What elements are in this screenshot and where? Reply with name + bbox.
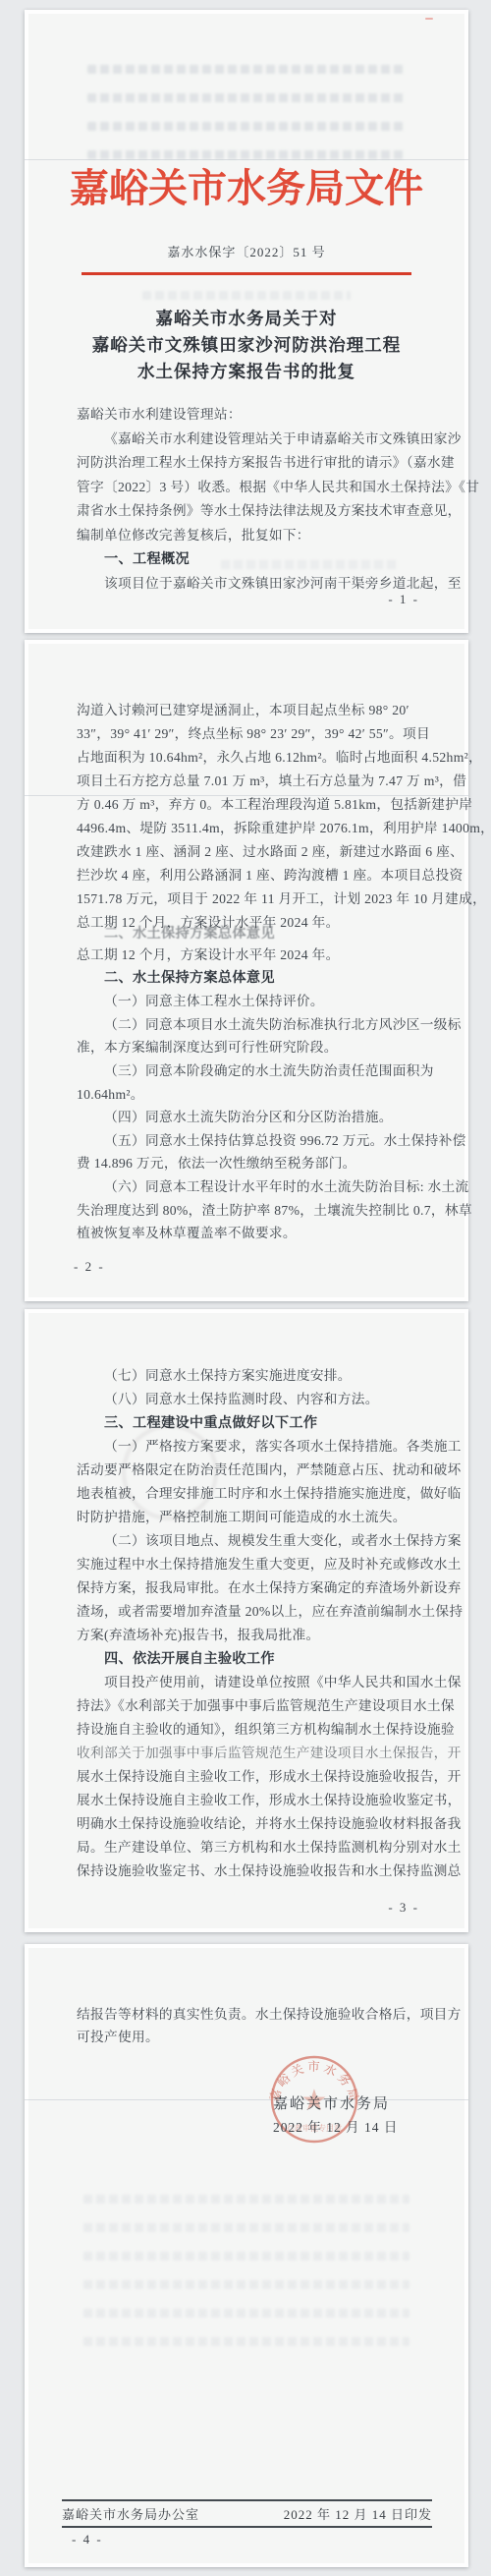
text-line: （五）同意水土保持估算总投资 996.72 万元。水土保持补偿 xyxy=(77,1129,443,1153)
text-line: 保持方案，报我局审批。在水土保持方案确定的弃渣场外新设弃 xyxy=(77,1576,443,1600)
text-line: 三、工程建设中重点做好以下工作 xyxy=(77,1411,443,1435)
text-line: 嘉峪关市水利建设管理站： xyxy=(77,403,443,428)
text-line: （一）严格按方案要求，落实各项水土保持措施。各类施工 xyxy=(77,1435,443,1459)
page-3: （七）同意水土保持方案实施进度安排。（八）同意水土保持监测时段、内容和方法。三、… xyxy=(25,1309,468,1932)
text-line: 展水土保持设施自主验收工作，形成水土保持设施验收鉴定书， xyxy=(77,1789,443,1812)
text-line: 可投产使用。 xyxy=(77,2026,443,2048)
text-line: （三）同意本阶段确定的水土流失防治责任范围面积为 xyxy=(77,1059,443,1083)
page-4: 结报告等材料的真实性负责。水土保持设施验收合格后，项目方可投产使用。 ★ 嘉峪关… xyxy=(25,1944,468,2567)
text-line: 一、工程概况 xyxy=(77,547,443,572)
document-title-line: 嘉峪关市文殊镇田家沙河防洪治理工程 xyxy=(25,332,468,359)
text-line: 方 0.46 万 m³，弃方 0。本工程治理段沟道 5.81km，包括新建护岸 xyxy=(77,793,443,817)
text-line: 结报告等材料的真实性负责。水土保持设施验收合格后，项目方 xyxy=(77,2003,443,2026)
text-line: 植被恢复率及林草覆盖率不做要求。 xyxy=(77,1222,443,1245)
signature-date: 2022 年 12 月 14 日 xyxy=(273,2116,398,2136)
text-line: （四）同意水土流失防治分区和分区防治措施。 xyxy=(77,1106,443,1129)
text-line: 《嘉峪关市水利建设管理站关于申请嘉峪关市文殊镇田家沙 xyxy=(77,428,443,452)
red-divider-rule xyxy=(82,272,411,275)
text-line: 二、水土保持方案总体意见 xyxy=(77,967,443,991)
footer-office: 嘉峪关市水务局办公室 xyxy=(62,2504,199,2523)
document-title-line: 水土保持方案报告书的批复 xyxy=(25,359,468,385)
text-line: 10.64hm²。 xyxy=(77,1083,443,1107)
text-line: 占地面积为 10.64hm²，永久占地 6.12hm²。临时占地面积 4.52h… xyxy=(77,746,443,770)
text-line: 活动要严格限定在防治责任范围内，严禁随意占压、扰动和破坏 xyxy=(77,1459,443,1482)
text-line: 准，本方案编制深度达到可行性研究阶段。 xyxy=(77,1036,443,1059)
text-line: 总工期 12 个月，方案设计水平年 2024 年。 xyxy=(77,944,443,967)
text-line: （二）该项目地点、规模发生重大变化，或者水土保持方案 xyxy=(77,1529,443,1553)
page-2-body-upper: 沟道入讨赖河已建穿堤涵洞止，本项目起点坐标 98° 20′33″，39° 41′… xyxy=(77,699,443,935)
text-line: （一）同意主体工程水土保持评价。 xyxy=(77,990,443,1013)
text-line: 33″，39° 41′ 29″，终点坐标 98° 23′ 29″，39° 42′… xyxy=(77,722,443,746)
page-1-body: 嘉峪关市水利建设管理站：《嘉峪关市水利建设管理站关于申请嘉峪关市文殊镇田家沙河防… xyxy=(77,403,443,596)
document-number: 嘉水水保字〔2022〕51 号 xyxy=(25,242,468,260)
text-line: 沟道入讨赖河已建穿堤涵洞止，本项目起点坐标 98° 20′ xyxy=(77,699,443,722)
text-line: 二、水土保持方案总体意见 xyxy=(77,922,443,939)
page-number: - 4 - xyxy=(72,2532,103,2547)
page-number: - 1 - xyxy=(388,592,419,607)
document-title: 嘉峪关市水务局关于对 嘉峪关市文殊镇田家沙河防洪治理工程 水土保持方案报告书的批… xyxy=(25,306,468,385)
page-3-body: （七）同意水土保持方案实施进度安排。（八）同意水土保持监测时段、内容和方法。三、… xyxy=(77,1364,443,1883)
text-line: 地表植被，合理安排施工时序和水土保持措施实施进度，做好临 xyxy=(77,1482,443,1506)
text-line: 局。生产建设单位、第三方机构和水土保持监测机构分别对水土 xyxy=(77,1836,443,1860)
footer-print-date: 2022 年 12 月 14 日印发 xyxy=(284,2504,432,2523)
text-line: 四、依法开展自主验收工作 xyxy=(77,1647,443,1671)
text-line: 展水土保持设施自主验收工作，形成水土保持设施验收报告，开 xyxy=(77,1765,443,1789)
text-line: （八）同意水土保持监测时段、内容和方法。 xyxy=(77,1388,443,1411)
text-line: 拦沙坎 4 座，利用公路涵洞 1 座、跨沟渡槽 1 座。本项目总投资 xyxy=(77,864,443,887)
bleedthrough-artifact xyxy=(83,2195,409,2366)
text-line: 持设施自主验收的通知》，组织第三方机构编制水土保持设施验 xyxy=(77,1718,443,1742)
text-line: （二）同意本项目水土流失防治标准执行北方风沙区一级标 xyxy=(77,1013,443,1037)
page-2: 沟道入讨赖河已建穿堤涵洞止，本项目起点坐标 98° 20′33″，39° 41′… xyxy=(25,640,468,1301)
fold-line xyxy=(25,2099,468,2100)
text-line: 渣场，或者需要增加弃渣量 20%以上，应在弃渣前编制水土保持 xyxy=(77,1600,443,1624)
page-2-body-lower: 总工期 12 个月，方案设计水平年 2024 年。二、水土保持方案总体意见（一）… xyxy=(77,944,443,1245)
document-org-title: 嘉峪关市水务局文件 xyxy=(25,157,468,213)
document-title-line: 嘉峪关市水务局关于对 xyxy=(25,306,468,332)
text-line: 编制单位修改完善复核后，批复如下： xyxy=(77,524,443,548)
text-line: 方案(弃渣场补充)报告书，报我局批准。 xyxy=(77,1624,443,1647)
text-line: 河防洪治理工程水土保持方案报告书进行审批的请示》（嘉水建 xyxy=(77,451,443,476)
text-line: 持法》《水利部关于加强事中事后监管规范生产建设项目水土保 xyxy=(77,1694,443,1718)
text-line: 时防护措施，严格控制施工期间可能造成的水土流失。 xyxy=(77,1506,443,1529)
text-line: 失治理度达到 80%，渣土防护率 87%，土壤流失控制比 0.7，林草 xyxy=(77,1199,443,1223)
text-line: 改建跌水 1 座、涵洞 2 座、过水路面 2 座，新建过水路面 6 座、 xyxy=(77,840,443,864)
scan-mark xyxy=(425,18,433,20)
text-line: 管字〔2022〕3 号）收悉。根据《中华人民共和国水土保持法》《甘 xyxy=(77,476,443,500)
document-print-footer: 嘉峪关市水务局办公室 2022 年 12 月 14 日印发 xyxy=(62,2499,432,2528)
signature-org: 嘉峪关市水务局 xyxy=(273,2092,390,2113)
text-line: 肃省水土保持条例》等水土保持法律法规及方案技术审查意见， xyxy=(77,499,443,524)
text-line: 项目土石方挖方总量 7.01 万 m³，填土石方总量为 7.47 万 m³，借 xyxy=(77,770,443,793)
scan-duplicate-artifact: 二、水土保持方案总体意见 xyxy=(77,922,443,939)
page-4-body: 结报告等材料的真实性负责。水土保持设施验收合格后，项目方可投产使用。 xyxy=(77,2003,443,2048)
text-line: 费 14.896 万元，依法一次性缴纳至税务部门。 xyxy=(77,1152,443,1175)
text-line: （六）同意本工程设计水平年时的水土流失防治目标: 水土流 xyxy=(77,1175,443,1199)
page-number: - 3 - xyxy=(388,1900,419,1916)
text-line: （七）同意水土保持方案实施进度安排。 xyxy=(77,1364,443,1388)
page-number: - 2 - xyxy=(74,1259,105,1275)
text-line: 4496.4m、堤防 3511.4m，拆除重建护岸 2076.1m，利用护岸 1… xyxy=(77,817,443,840)
text-line: 项目投产使用前，请建设单位按照《中华人民共和国水土保 xyxy=(77,1671,443,1694)
text-line: 1571.78 万元，项目于 2022 年 11 月开工，计划 2023 年 1… xyxy=(77,887,443,911)
text-line: 收利部关于加强事中事后监管规范生产建设项目水土保报告，开 xyxy=(77,1742,443,1765)
text-line: 实施过程中水土保持措施发生重大变更，应及时补充或修改水土 xyxy=(77,1553,443,1576)
text-line: 明确水土保持设施验收结论，并将水土保持设施验收材料报备我 xyxy=(77,1812,443,1836)
page-1: 嘉峪关市水务局文件 嘉水水保字〔2022〕51 号 嘉峪关市水务局关于对 嘉峪关… xyxy=(25,10,468,633)
text-line: 保持设施验收鉴定书、水土保持设施验收报告和水土保持监测总 xyxy=(77,1860,443,1883)
